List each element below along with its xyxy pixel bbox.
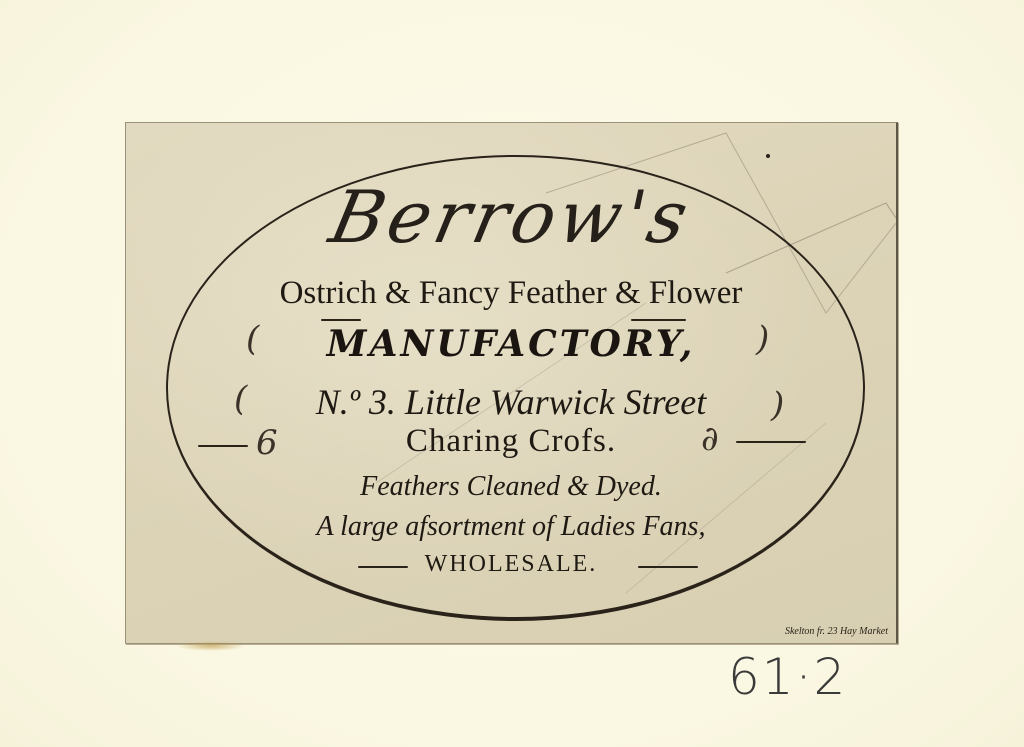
flourish-ornament: ( [246,319,259,359]
flourish-dash [321,319,361,321]
flourish-ornament: 6 [256,423,278,463]
flourish-ornament: ∂ [701,419,719,459]
catalog-number: 61·2 [728,648,847,706]
flourish-dash [198,445,248,447]
trade-line: WHOLESALE. [126,551,896,578]
flourish-ornament: ) [756,319,769,359]
flourish-dash [631,319,686,321]
flourish-ornament: ) [771,385,784,425]
stock-line: A large afsortment of Ladies Fans, [126,511,896,543]
flourish-dash [358,566,408,568]
service-line: Feathers Cleaned & Dyed. [126,471,896,503]
paper-stain [176,641,246,651]
trade-card: Berrow's Ostrich & Fancy Feather & Flowe… [125,122,898,644]
flourish-ornament: ( [234,379,247,419]
engraver-imprint: Skelton fr. 23 Hay Market [785,626,888,637]
mount-background: Berrow's Ostrich & Fancy Feather & Flowe… [0,0,1024,747]
business-line: Ostrich & Fancy Feather & Flower [126,275,896,312]
business-type: MANUFACTORY, [126,323,896,365]
flourish-dash [736,441,806,443]
proprietor-name: Berrow's [117,175,905,259]
flourish-dash [638,566,698,568]
